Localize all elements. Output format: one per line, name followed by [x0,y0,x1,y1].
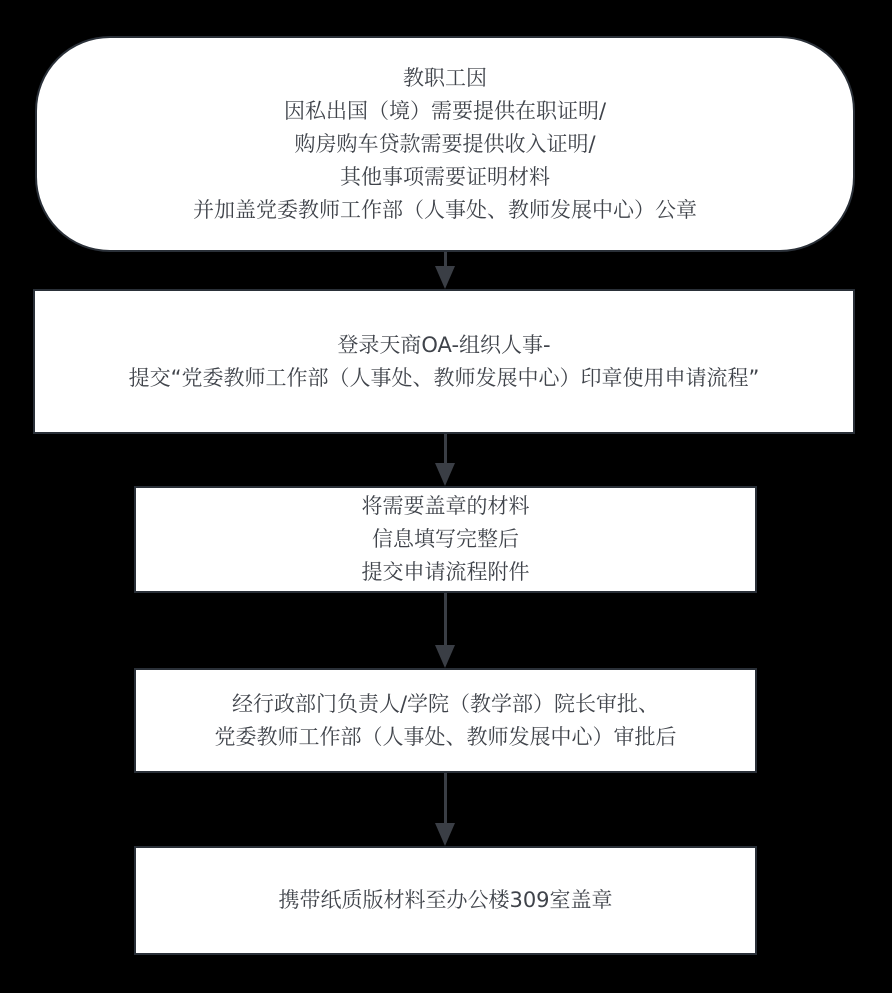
arrow-head-icon [435,463,455,486]
flow-node-text-line: 携带纸质版材料至办公楼309室盖章 [278,884,612,917]
flow-arrow-down-1 [435,252,455,289]
flow-node-text-line: 购房购车贷款需要提供收入证明/ [294,128,595,161]
flow-node-text-line: 将需要盖章的材料 [362,490,530,523]
flow-arrow-down-4 [435,773,455,846]
flow-node-step-2: 将需要盖章的材料 信息填写完整后 提交申请流程附件 [134,486,757,593]
flow-node-text-line: 提交“党委教师工作部（人事处、教师发展中心）印章使用申请流程” [129,362,760,395]
flow-node-text-line: 因私出国（境）需要提供在职证明/ [284,95,606,128]
arrow-head-icon [435,645,455,668]
flow-arrow-down-2 [435,434,455,486]
flow-node-text-line: 提交申请流程附件 [362,556,530,589]
flow-node-text-line: 登录天商OA-组织人事- [337,329,550,362]
flow-node-step-3: 经行政部门负责人/学院（教学部）院长审批、 党委教师工作部（人事处、教师发展中心… [134,668,757,773]
flow-node-text-line: 教职工因 [403,62,487,95]
arrow-shaft [444,773,447,828]
flowchart-canvas: 教职工因 因私出国（境）需要提供在职证明/ 购房购车贷款需要提供收入证明/ 其他… [0,0,892,993]
flow-arrow-down-3 [435,593,455,668]
flow-node-step-1: 登录天商OA-组织人事- 提交“党委教师工作部（人事处、教师发展中心）印章使用申… [33,289,855,434]
flow-node-text-line: 党委教师工作部（人事处、教师发展中心）审批后 [215,721,677,754]
flow-node-text-line: 信息填写完整后 [372,523,519,556]
flow-node-start: 教职工因 因私出国（境）需要提供在职证明/ 购房购车贷款需要提供收入证明/ 其他… [35,36,855,252]
flow-node-text-line: 并加盖党委教师工作部（人事处、教师发展中心）公章 [193,194,697,227]
flow-node-text-line: 经行政部门负责人/学院（教学部）院长审批、 [232,688,659,721]
arrow-head-icon [435,266,455,289]
arrow-head-icon [435,823,455,846]
flow-node-step-4: 携带纸质版材料至办公楼309室盖章 [134,846,757,955]
arrow-shaft [444,593,447,650]
flow-node-text-line: 其他事项需要证明材料 [340,161,550,194]
